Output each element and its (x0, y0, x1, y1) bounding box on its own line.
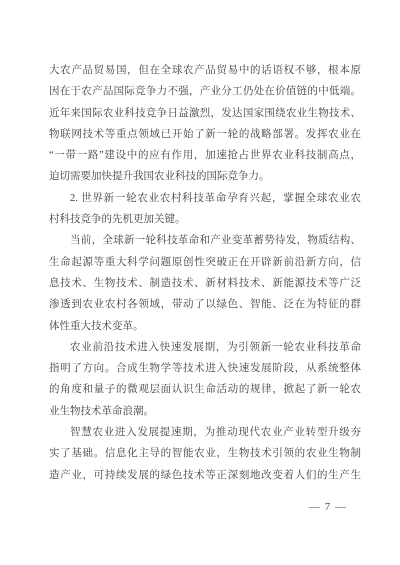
body-text: 大农产品贸易国，但在全球农产品贸易中的话语权不够，根本原因在于农产品国际竞争力不… (49, 60, 361, 486)
text-line: 近年来国际农业科技竞争日益激烈，发达国家围绕农业生物技术、 (49, 103, 361, 124)
text-line: 迫切需要加快提升我国农业科技的国际竞争力。 (49, 166, 361, 187)
text-line: 当前，全球新一轮科技革命和产业变革蓄势待发，物质结构、 (49, 230, 361, 251)
text-line: 指明了方向。合成生物学等技术进入快速发展阶段，从系统整体 (49, 358, 361, 379)
text-line: 因在于农产品国际竞争力不强，产业分工仍处在价值链的中低端。 (49, 81, 361, 102)
text-line: 2. 世界新一轮农业农村科技革命孕育兴起，掌握全球农业农 (49, 188, 361, 209)
text-line: 大农产品贸易国，但在全球农产品贸易中的话语权不够，根本原 (49, 60, 361, 81)
text-line: 物联网技术等重点领域已开始了新一轮的战略部署。发挥农业在 (49, 124, 361, 145)
text-line: 造产业，可持续发展的绿色技术等正深刻地改变着人们的生产生 (49, 465, 361, 486)
text-line: 实了基础。信息化主导的智能农业，生物技术引领的农业生物制 (49, 443, 361, 464)
page-number: — 7 — (309, 497, 347, 518)
document-page: 大农产品贸易国，但在全球农产品贸易中的话语权不够，根本原因在于农产品国际竞争力不… (0, 0, 400, 565)
text-line: 生命起源等重大科学问题原创性突破正在开辟新前沿新方向，信 (49, 252, 361, 273)
text-line: 村科技竞争的先机更加关键。 (49, 209, 361, 230)
text-line: 智慧农业进入发展提速期，为推动现代农业产业转型升级夯 (49, 422, 361, 443)
text-line: 体性重大技术变革。 (49, 316, 361, 337)
text-line: 息技术、生物技术、制造技术、新材料技术、新能源技术等广泛 (49, 273, 361, 294)
text-line: 渗透到农业农村各领域，带动了以绿色、智能、泛在为特征的群 (49, 294, 361, 315)
text-line: “一带一路”建设中的应有作用，加速抢占世界农业科技制高点， (49, 145, 361, 166)
text-line: 业生物技术革命浪潮。 (49, 401, 361, 422)
text-line: 的角度和量子的微观层面认识生命活动的规律，掀起了新一轮农 (49, 379, 361, 400)
text-line: 农业前沿技术进入快速发展期，为引领新一轮农业科技革命 (49, 337, 361, 358)
